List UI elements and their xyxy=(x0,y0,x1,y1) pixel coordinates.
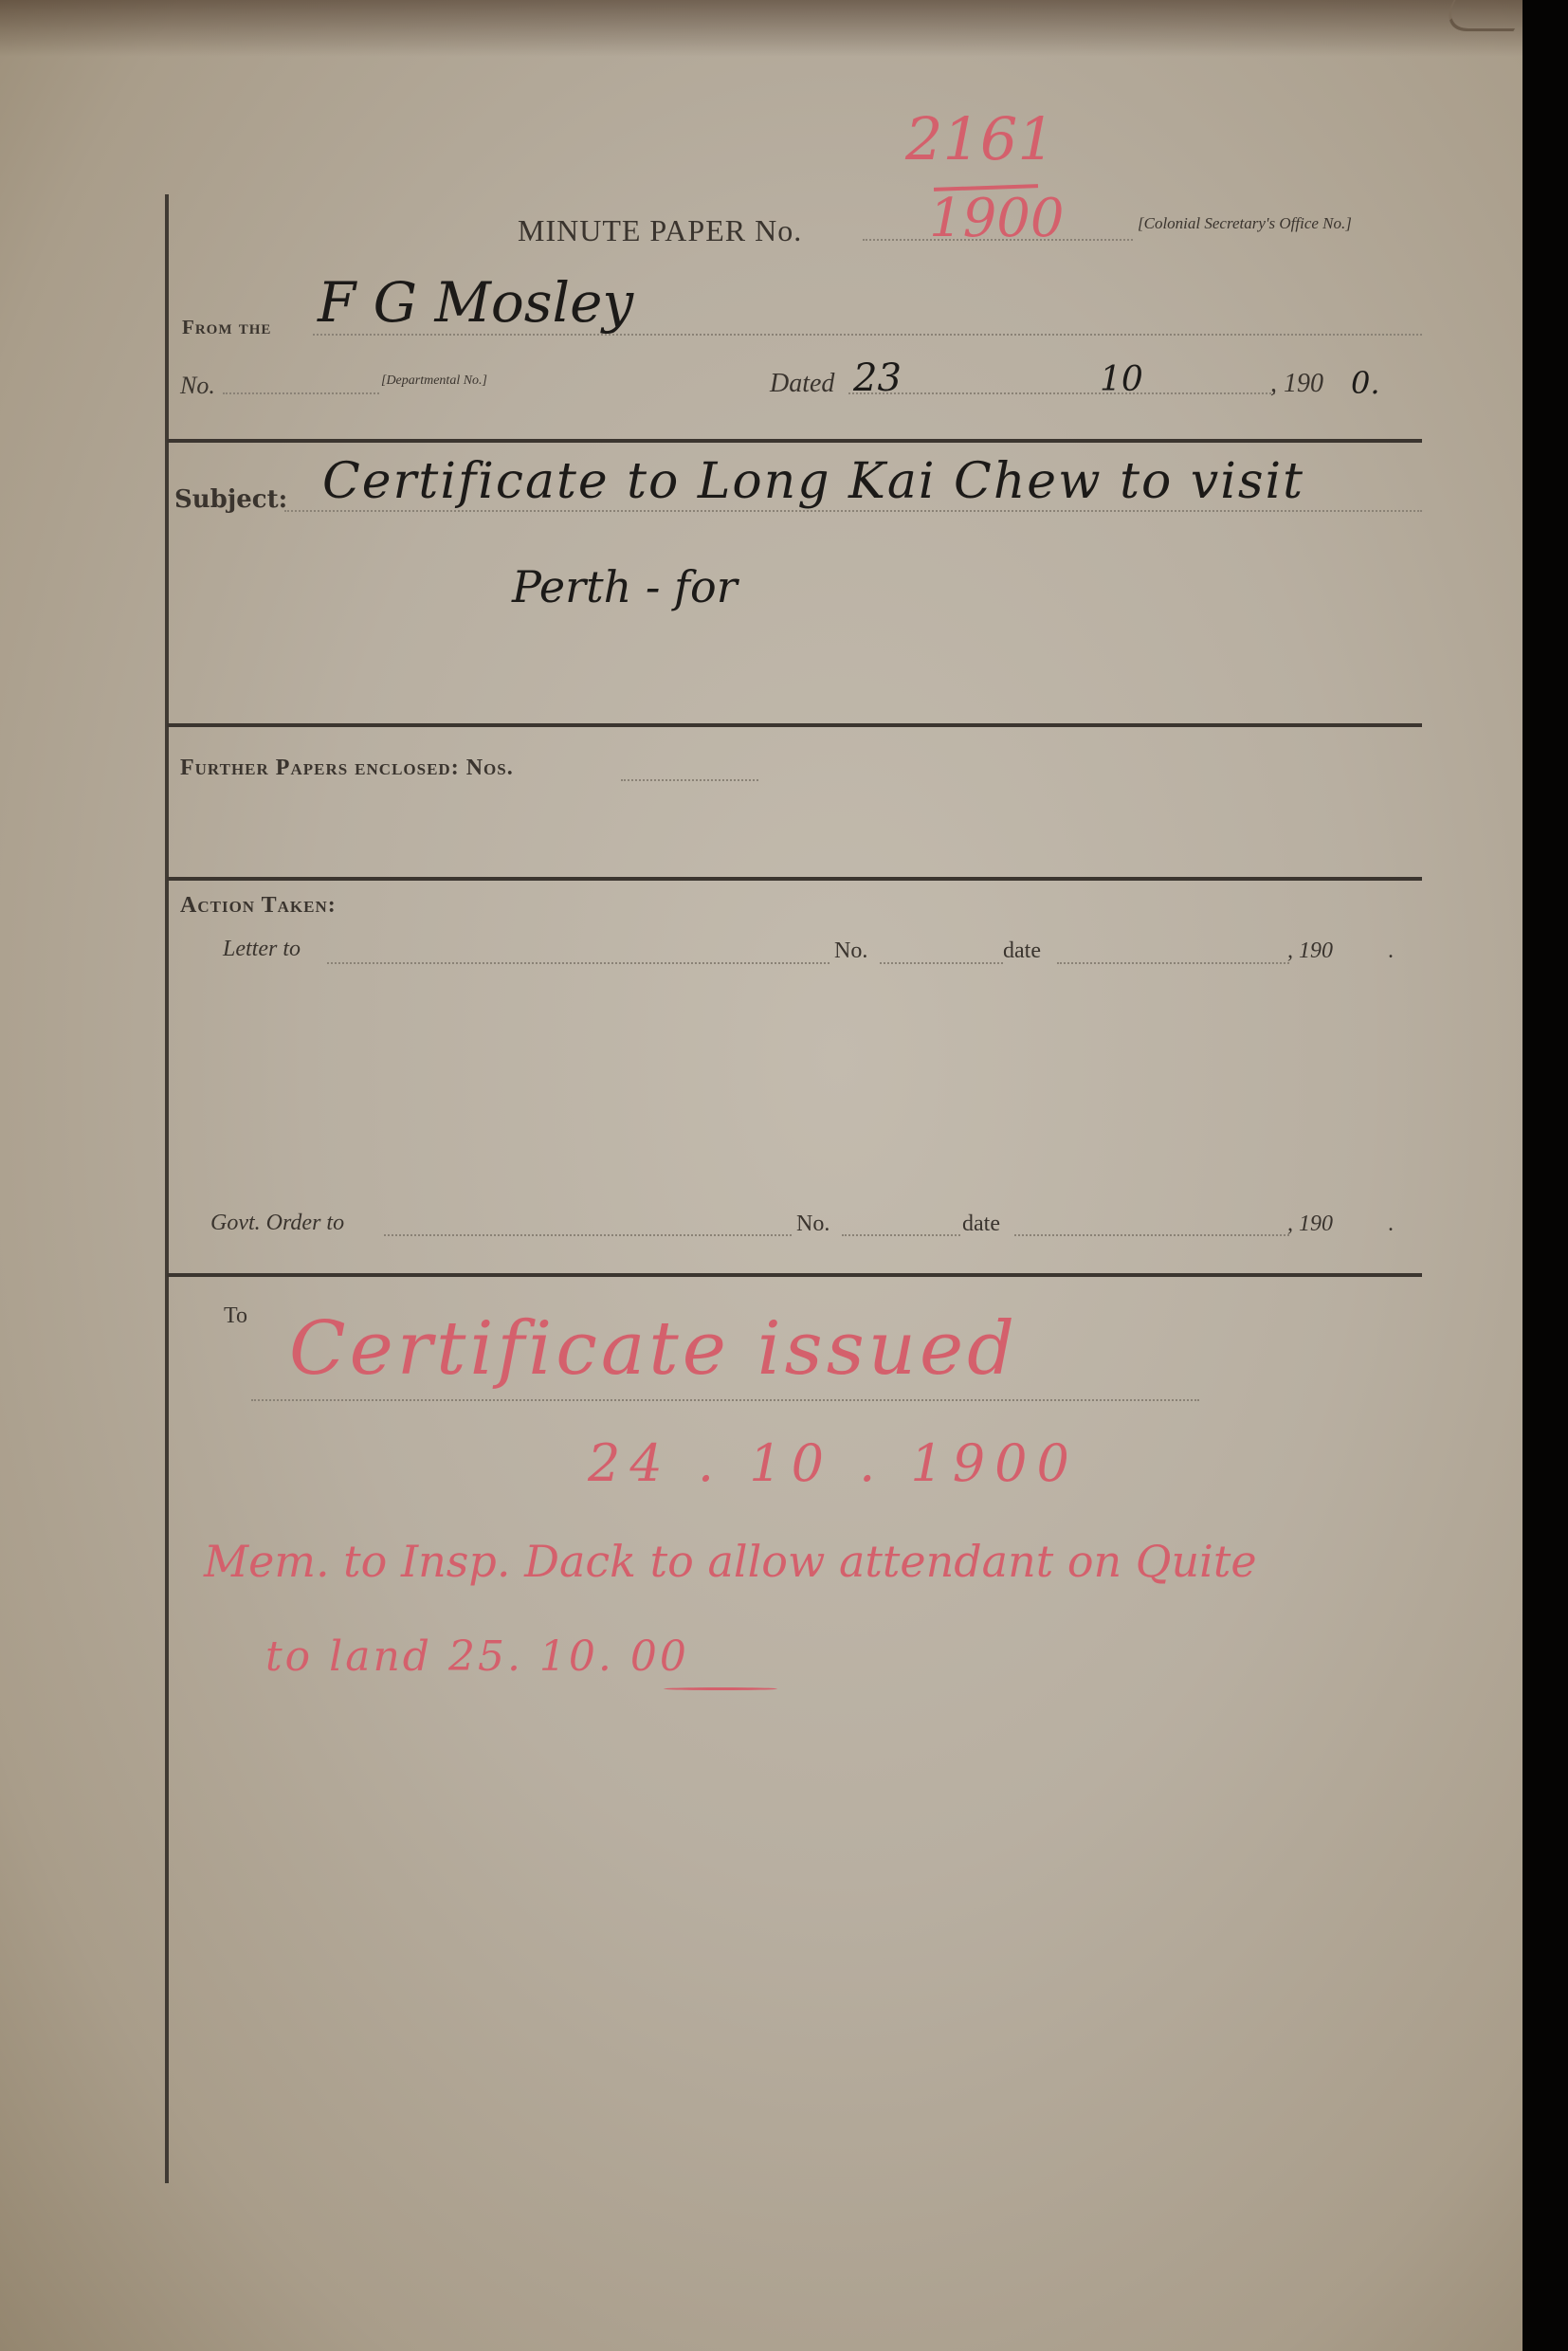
action-taken-label: Action Taken: xyxy=(180,893,337,919)
left-margin-rule xyxy=(165,194,169,2183)
govt-no-dotted-line xyxy=(842,1234,960,1236)
subject-dotted-line xyxy=(284,510,1422,512)
rule-after-header xyxy=(167,439,1422,443)
dated-year-prefix: , 190 xyxy=(1270,369,1323,399)
dated-day: 23 xyxy=(853,356,902,400)
to-label: To xyxy=(224,1303,247,1329)
minute-number-top: 2161 xyxy=(905,104,1055,173)
subject-label: Subject: xyxy=(174,485,287,514)
govt-period: . xyxy=(1388,1212,1394,1237)
red-note-underline xyxy=(664,1687,777,1690)
dated-year-suffix: 0. xyxy=(1351,365,1380,401)
govt-date-label: date xyxy=(962,1212,1000,1237)
office-number-label: [Colonial Secretary's Office No.] xyxy=(1138,214,1352,233)
rule-after-subject xyxy=(167,723,1422,727)
govt-no-label: No. xyxy=(796,1212,830,1237)
letter-to-dotted-line xyxy=(327,962,830,964)
subject-line-2: Perth - for xyxy=(512,561,738,612)
department-no-dotted-line xyxy=(223,392,379,394)
dated-dotted-line xyxy=(848,392,1275,394)
page-corner-curl xyxy=(1435,0,1531,31)
minute-number-bottom: 1900 xyxy=(929,188,1065,249)
red-note-certificate-issued: Certificate issued xyxy=(289,1306,1018,1392)
govt-date-dotted-line xyxy=(1014,1234,1289,1236)
letter-date-dotted-line xyxy=(1057,962,1289,964)
to-dotted-line xyxy=(251,1399,1199,1401)
letter-no-label: No. xyxy=(834,939,867,964)
red-note-memo: Mem. to Insp. Dack to allow attendant on… xyxy=(204,1536,1257,1587)
department-no-label: No. xyxy=(180,372,215,400)
further-papers-label: Further Papers enclosed: Nos. xyxy=(180,756,514,781)
dated-label: Dated xyxy=(770,369,834,399)
red-note-issue-date: 24 . 10 . 1900 xyxy=(588,1433,1079,1493)
further-papers-dotted-line xyxy=(621,779,758,781)
govt-order-label: Govt. Order to xyxy=(210,1211,344,1236)
letter-year: , 190 xyxy=(1287,939,1333,964)
rule-after-further-papers xyxy=(167,877,1422,881)
letter-no-dotted-line xyxy=(880,962,1003,964)
rule-after-action-taken xyxy=(167,1273,1422,1277)
govt-year: , 190 xyxy=(1287,1212,1333,1237)
letter-period: . xyxy=(1388,939,1394,964)
govt-order-dotted-line xyxy=(384,1234,792,1236)
red-note-land-date: to land 25. 10. 00 xyxy=(265,1632,689,1681)
minute-paper-sheet: MINUTE PAPER No. 2161 1900 [Colonial Sec… xyxy=(0,0,1522,2351)
letter-to-label: Letter to xyxy=(223,937,301,962)
from-value: F G Mosley xyxy=(318,270,633,335)
subject-line-1: Certificate to Long Kai Chew to visit xyxy=(322,453,1304,510)
from-label: From the xyxy=(182,316,271,339)
form-title: MINUTE PAPER No. xyxy=(518,213,802,248)
letter-date-label: date xyxy=(1003,939,1041,964)
departmental-no-label: [Departmental No.] xyxy=(381,374,487,389)
dated-month: 10 xyxy=(1100,360,1143,399)
